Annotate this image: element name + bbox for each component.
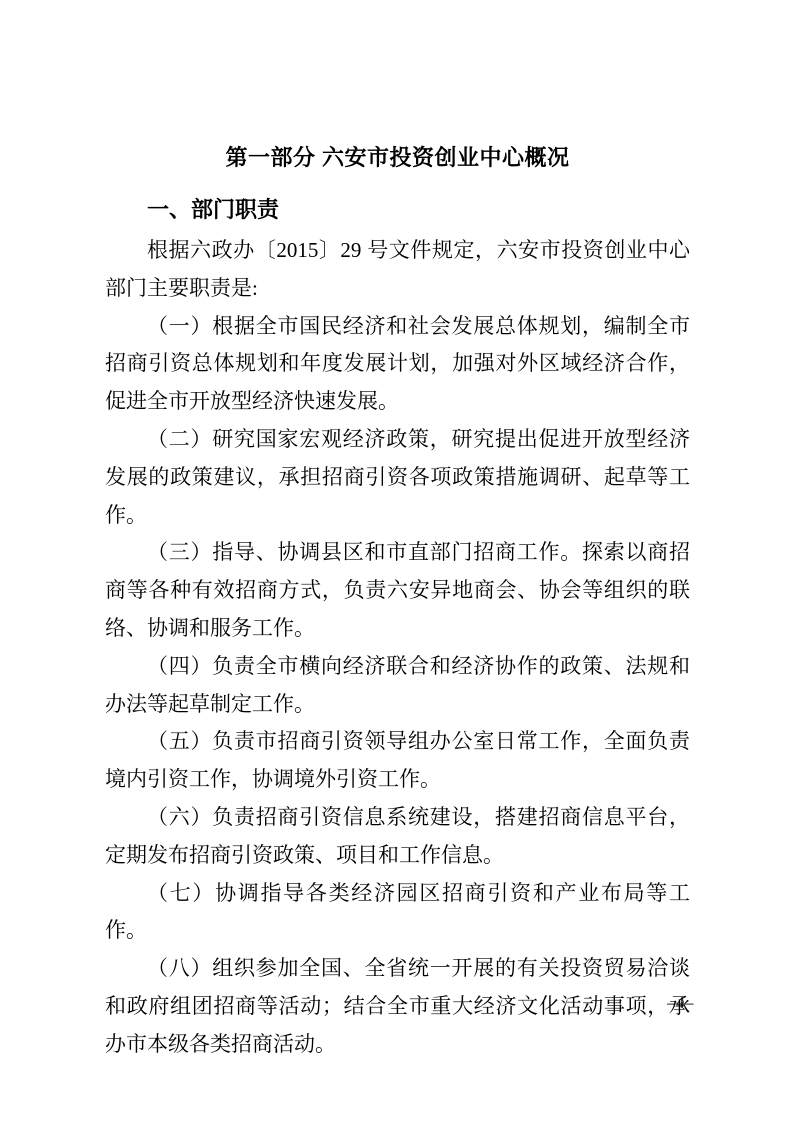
duty-item-3: （三）指导、协调县区和市直部门招商工作。探索以商招商等各种有效招商方式，负责六安… xyxy=(105,534,690,647)
document-page: 第一部分 六安市投资创业中心概况 一、部门职责 根据六政办〔2015〕29 号文… xyxy=(0,0,793,1122)
intro-paragraph: 根据六政办〔2015〕29 号文件规定，六安市投资创业中心部门主要职责是: xyxy=(105,232,690,308)
duty-item-1: （一）根据全市国民经济和社会发展总体规划，编制全市招商引资总体规划和年度发展计划… xyxy=(105,308,690,421)
page-number: –4– xyxy=(667,993,694,1013)
duty-item-6: （六）负责招商引资信息系统建设，搭建招商信息平台，定期发布招商引资政策、项目和工… xyxy=(105,799,690,875)
duty-item-4: （四）负责全市横向经济联合和经济协作的政策、法规和办法等起草制定工作。 xyxy=(105,648,690,724)
section-heading: 一、部门职责 xyxy=(105,196,690,224)
duty-item-8: （八）组织参加全国、全省统一开展的有关投资贸易洽谈和政府组团招商等活动；结合全市… xyxy=(105,950,690,1063)
document-title: 第一部分 六安市投资创业中心概况 xyxy=(105,143,690,173)
duty-item-5: （五）负责市招商引资领导组办公室日常工作，全面负责境内引资工作，协调境外引资工作… xyxy=(105,723,690,799)
document-content: 第一部分 六安市投资创业中心概况 一、部门职责 根据六政办〔2015〕29 号文… xyxy=(105,143,690,1064)
duty-item-2: （二）研究国家宏观经济政策，研究提出促进开放型经济发展的政策建议，承担招商引资各… xyxy=(105,421,690,534)
duty-item-7: （七）协调指导各类经济园区招商引资和产业布局等工作。 xyxy=(105,875,690,951)
document-body: 根据六政办〔2015〕29 号文件规定，六安市投资创业中心部门主要职责是: （一… xyxy=(105,232,690,1064)
